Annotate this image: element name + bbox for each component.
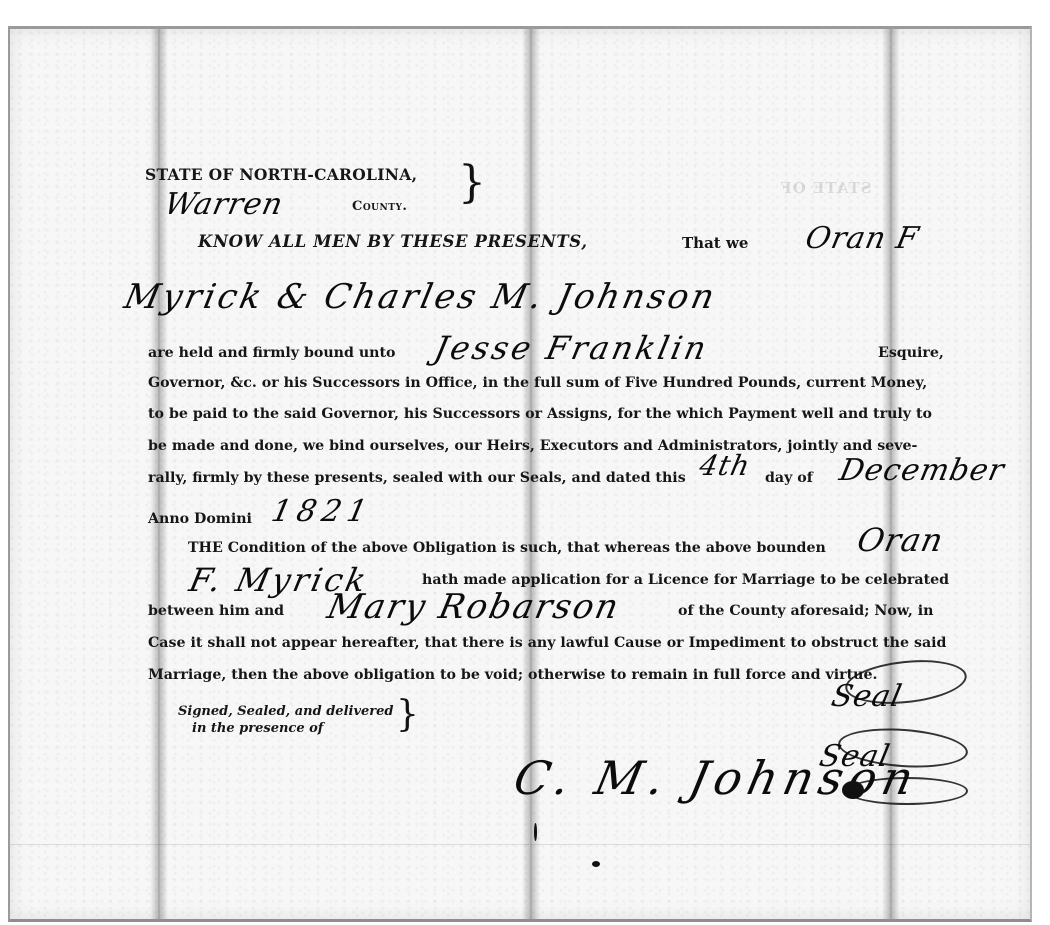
- body-line-12: Case it shall not appear hereafter, that…: [148, 635, 946, 651]
- ink-blot: [842, 781, 864, 799]
- body-line-6: be made and done, we bind ourselves, our…: [148, 438, 917, 454]
- day-handwritten: 4th: [696, 449, 753, 482]
- witness-line-2: in the presence of: [192, 721, 323, 736]
- witness-brace: }: [396, 697, 419, 733]
- bride-name: Mary Robarson: [324, 587, 624, 627]
- ink-blot: [534, 823, 537, 841]
- county-aforesaid: of the County aforesaid; Now, in: [678, 603, 933, 619]
- condition-line: THE Condition of the above Obligation is…: [188, 540, 826, 556]
- state-heading: STATE OF NORTH-CAROLINA,: [145, 165, 417, 184]
- month-handwritten: December: [836, 453, 1008, 488]
- bounden-name: Oran: [854, 521, 947, 559]
- fold-crease-horizontal: [10, 844, 1030, 845]
- esquire: Esquire,: [878, 345, 944, 361]
- know-all-men: KNOW ALL MEN BY THESE PRESENTS,: [198, 232, 588, 251]
- header-brace: }: [458, 161, 486, 205]
- governor-name: Jesse Franklin: [431, 329, 712, 367]
- day-of: day of: [765, 470, 813, 486]
- held-bound: are held and firmly bound unto: [148, 345, 396, 361]
- body-line-4: Governor, &c. or his Successors in Offic…: [148, 375, 927, 391]
- document-sheet: STATE OF STATE OF NORTH-CAROLINA, } Warr…: [8, 26, 1032, 922]
- that-we: That we: [682, 234, 748, 252]
- principals-handwritten: Myrick & Charles M. Johnson: [121, 277, 721, 317]
- year-handwritten: 1821: [268, 494, 376, 529]
- seal-1: Seal: [828, 679, 905, 714]
- application-line: hath made application for a Licence for …: [422, 572, 949, 588]
- bleed-through-text: STATE OF: [780, 179, 872, 197]
- between-him-and: between him and: [148, 603, 284, 619]
- signature-johnson: C. M. Johnson: [509, 751, 924, 805]
- body-line-13: Marriage, then the above obligation to b…: [148, 667, 877, 683]
- body-line-7: rally, firmly by these presents, sealed …: [148, 470, 686, 486]
- principal-name-part1: Oran F: [802, 221, 922, 256]
- ink-blot: [592, 861, 600, 867]
- witness-line-1: Signed, Sealed, and delivered: [178, 704, 393, 719]
- body-line-5: to be paid to the said Governor, his Suc…: [148, 406, 932, 422]
- anno-domini: Anno Domini: [148, 511, 252, 527]
- county-handwritten: Warren: [161, 187, 286, 222]
- county-label: County.: [352, 199, 407, 214]
